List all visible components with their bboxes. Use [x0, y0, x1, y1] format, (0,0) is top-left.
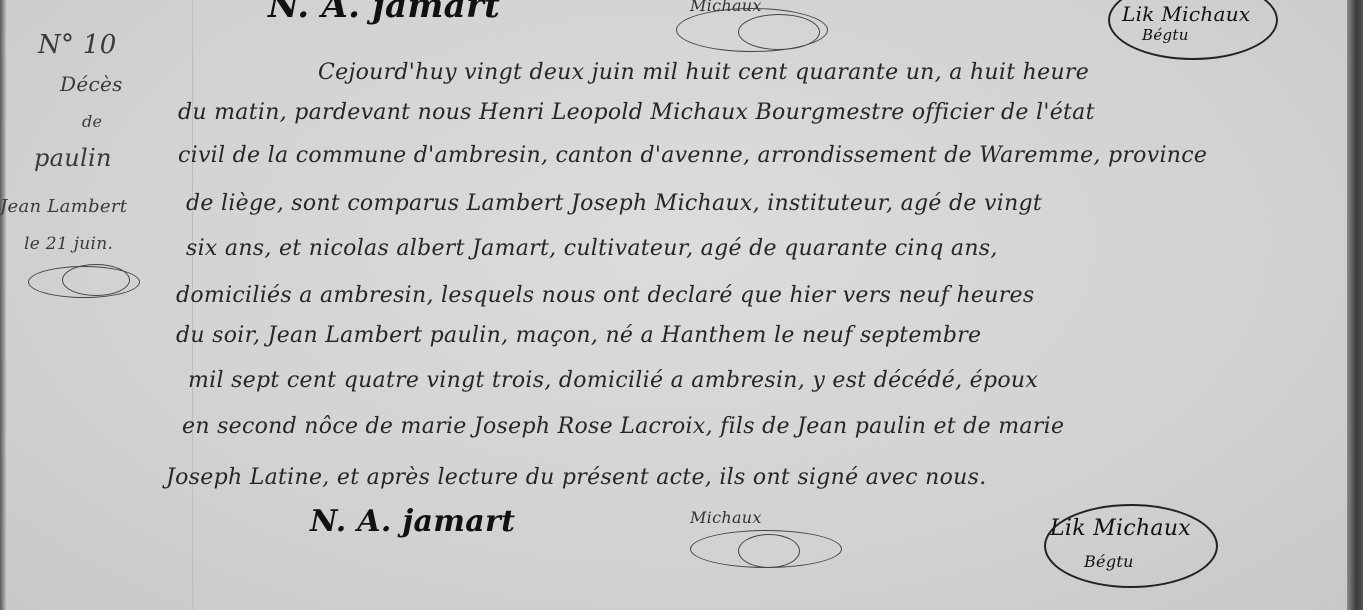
signature-flourish: [738, 14, 820, 50]
body-line-6: domiciliés a ambresin, lesquels nous ont…: [176, 283, 1034, 308]
document-page: N. A. jamart Michaux Lik Michaux Bégtu N…: [0, 0, 1350, 610]
margin-given-names: Jean Lambert: [0, 196, 127, 217]
body-line-7: du soir, Jean Lambert paulin, maçon, né …: [176, 323, 981, 348]
page-edge: [0, 0, 6, 610]
page-binding: [1347, 0, 1363, 610]
margin-surname: paulin: [34, 144, 112, 172]
margin-title: Décès: [60, 72, 123, 96]
margin-title-de: de: [82, 112, 102, 131]
record-number: N° 10: [38, 30, 117, 60]
body-line-9: en second nôce de marie Joseph Rose Lacr…: [182, 414, 1064, 439]
bottom-signature-right-title: Bégtu: [1084, 552, 1134, 571]
body-line-1: Cejourd'huy vingt deux juin mil huit cen…: [318, 60, 1089, 85]
margin-date: le 21 juin.: [24, 234, 113, 254]
body-line-10: Joseph Latine, et après lecture du prése…: [166, 465, 986, 490]
body-line-5: six ans, et nicolas albert Jamart, culti…: [186, 236, 998, 261]
body-line-4: de liège, sont comparus Lambert Joseph M…: [186, 191, 1042, 216]
body-line-2: du matin, pardevant nous Henri Leopold M…: [178, 100, 1095, 125]
bottom-signature-right: Lik Michaux: [1050, 516, 1191, 541]
bottom-signature-center: Michaux: [690, 508, 762, 527]
body-line-3: civil de la commune d'ambresin, canton d…: [178, 143, 1207, 168]
bottom-signature-left: N. A. jamart: [310, 504, 515, 539]
top-signature-right-title: Bégtu: [1142, 26, 1189, 44]
signature-flourish: [738, 534, 800, 568]
top-signature-right: Lik Michaux: [1122, 2, 1251, 26]
body-line-8: mil sept cent quatre vingt trois, domici…: [188, 368, 1038, 393]
top-signature-left: N. A. jamart: [268, 0, 500, 26]
margin-flourish: [62, 264, 130, 296]
